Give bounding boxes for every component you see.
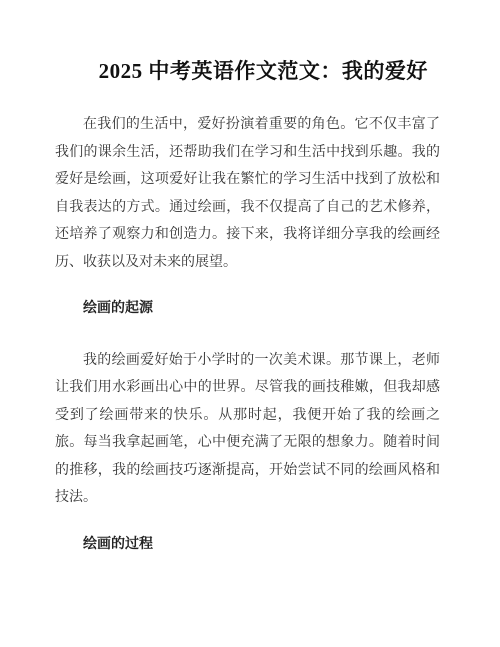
document-title: 2025 中考英语作文范文：我的爱好 <box>55 0 440 85</box>
section-heading-origin: 绘画的起源 <box>55 295 440 323</box>
document-page: 2025 中考英语作文范文：我的爱好 在我们的生活中，爱好扮演着重要的角色。它不… <box>0 0 500 647</box>
section-heading-process: 绘画的过程 <box>55 531 440 559</box>
intro-paragraph: 在我们的生活中，爱好扮演着重要的角色。它不仅丰富了我们的课余生活，还帮助我们在学… <box>55 111 440 276</box>
origin-paragraph: 我的绘画爱好始于小学时的一次美术课。那节课上，老师让我们用水彩画出心中的世界。尽… <box>55 347 440 512</box>
